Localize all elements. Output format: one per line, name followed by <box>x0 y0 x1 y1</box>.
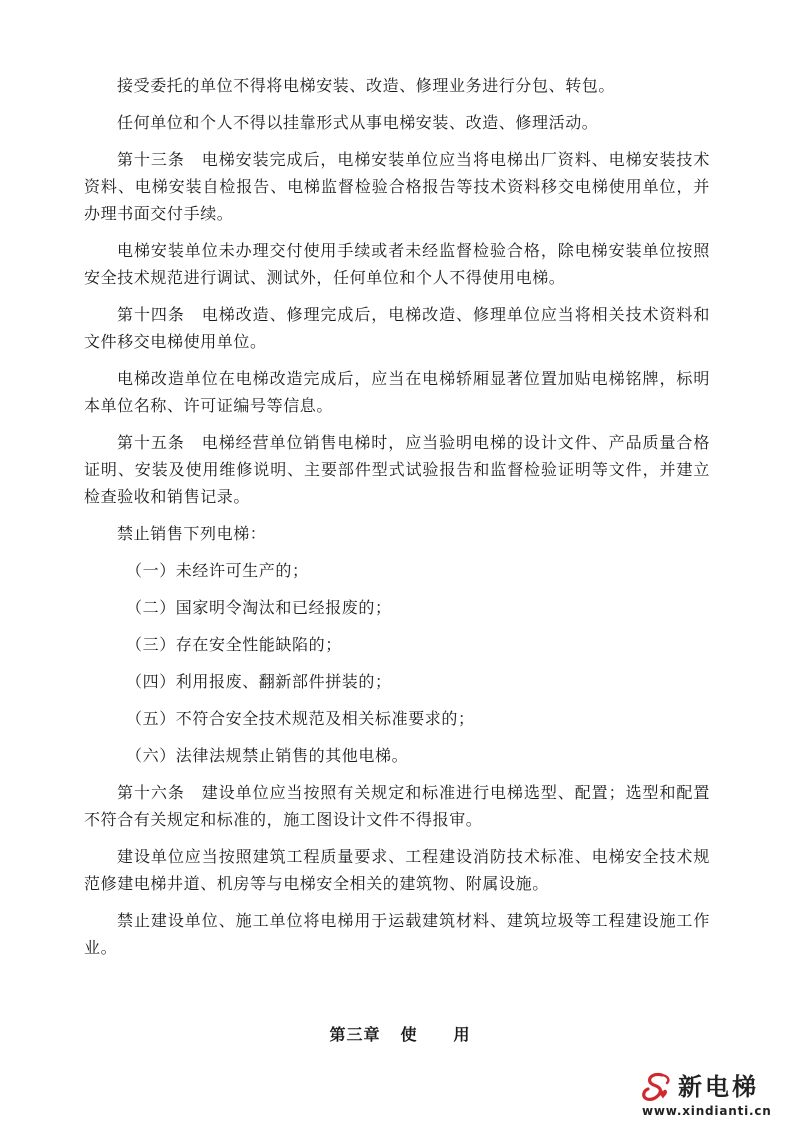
chapter-number: 第三章 <box>329 1025 380 1044</box>
list-item: （六）法律法规禁止销售的其他电梯。 <box>84 742 710 769</box>
brand-name: 新电梯 <box>678 1070 759 1104</box>
brand-logo-icon <box>640 1072 674 1104</box>
paragraph-sales-ban-intro: 禁止销售下列电梯： <box>84 520 710 547</box>
paragraph-subcontract-ban: 接受委托的单位不得将电梯安装、改造、修理业务进行分包、转包。 <box>84 72 710 99</box>
list-item: （二）国家明令淘汰和已经报废的； <box>84 594 710 621</box>
brand-url: www.xindianti.cn <box>642 1104 772 1118</box>
paragraph-shaft-construction: 建设单位应当按照建筑工程质量要求、工程建设消防技术标准、电梯安全技术规范修建电梯… <box>84 843 710 897</box>
list-item: （五）不符合安全技术规范及相关标准要求的； <box>84 705 710 732</box>
watermark-logo: 新电梯 www.xindianti.cn <box>640 1070 788 1120</box>
article-16: 第十六条 建设单位应当按照有关规定和标准进行电梯选型、配置；选型和配置不符合有关… <box>84 779 710 833</box>
list-item: （四）利用报废、翻新部件拼装的； <box>84 668 710 695</box>
paragraph-affiliation-ban: 任何单位和个人不得以挂靠形式从事电梯安装、改造、修理活动。 <box>84 109 710 136</box>
article-14: 第十四条 电梯改造、修理完成后，电梯改造、修理单位应当将相关技术资料和文件移交电… <box>84 301 710 355</box>
list-item: （一）未经许可生产的； <box>84 557 710 584</box>
chapter-title-part1: 使 <box>400 1025 417 1044</box>
paragraph-installation-handover: 电梯安装单位未办理交付使用手续或者未经监督检验合格，除电梯安装单位按照安全技术规… <box>84 237 710 291</box>
paragraph-construction-use-ban: 禁止建设单位、施工单位将电梯用于运载建筑材料、建筑垃圾等工程建设施工作业。 <box>84 907 710 961</box>
article-13: 第十三条 电梯安装完成后，电梯安装单位应当将电梯出厂资料、电梯安装技术资料、电梯… <box>84 146 710 227</box>
document-body: 接受委托的单位不得将电梯安装、改造、修理业务进行分包、转包。 任何单位和个人不得… <box>84 72 710 971</box>
paragraph-nameplate: 电梯改造单位在电梯改造完成后，应当在电梯轿厢显著位置加贴电梯铭牌，标明本单位名称… <box>84 365 710 419</box>
chapter-title-part2: 用 <box>454 1025 471 1044</box>
article-15: 第十五条 电梯经营单位销售电梯时，应当验明电梯的设计文件、产品质量合格证明、安装… <box>84 429 710 510</box>
list-item: （三）存在安全性能缺陷的； <box>84 631 710 658</box>
chapter-heading: 第三章使用 <box>0 1022 800 1045</box>
